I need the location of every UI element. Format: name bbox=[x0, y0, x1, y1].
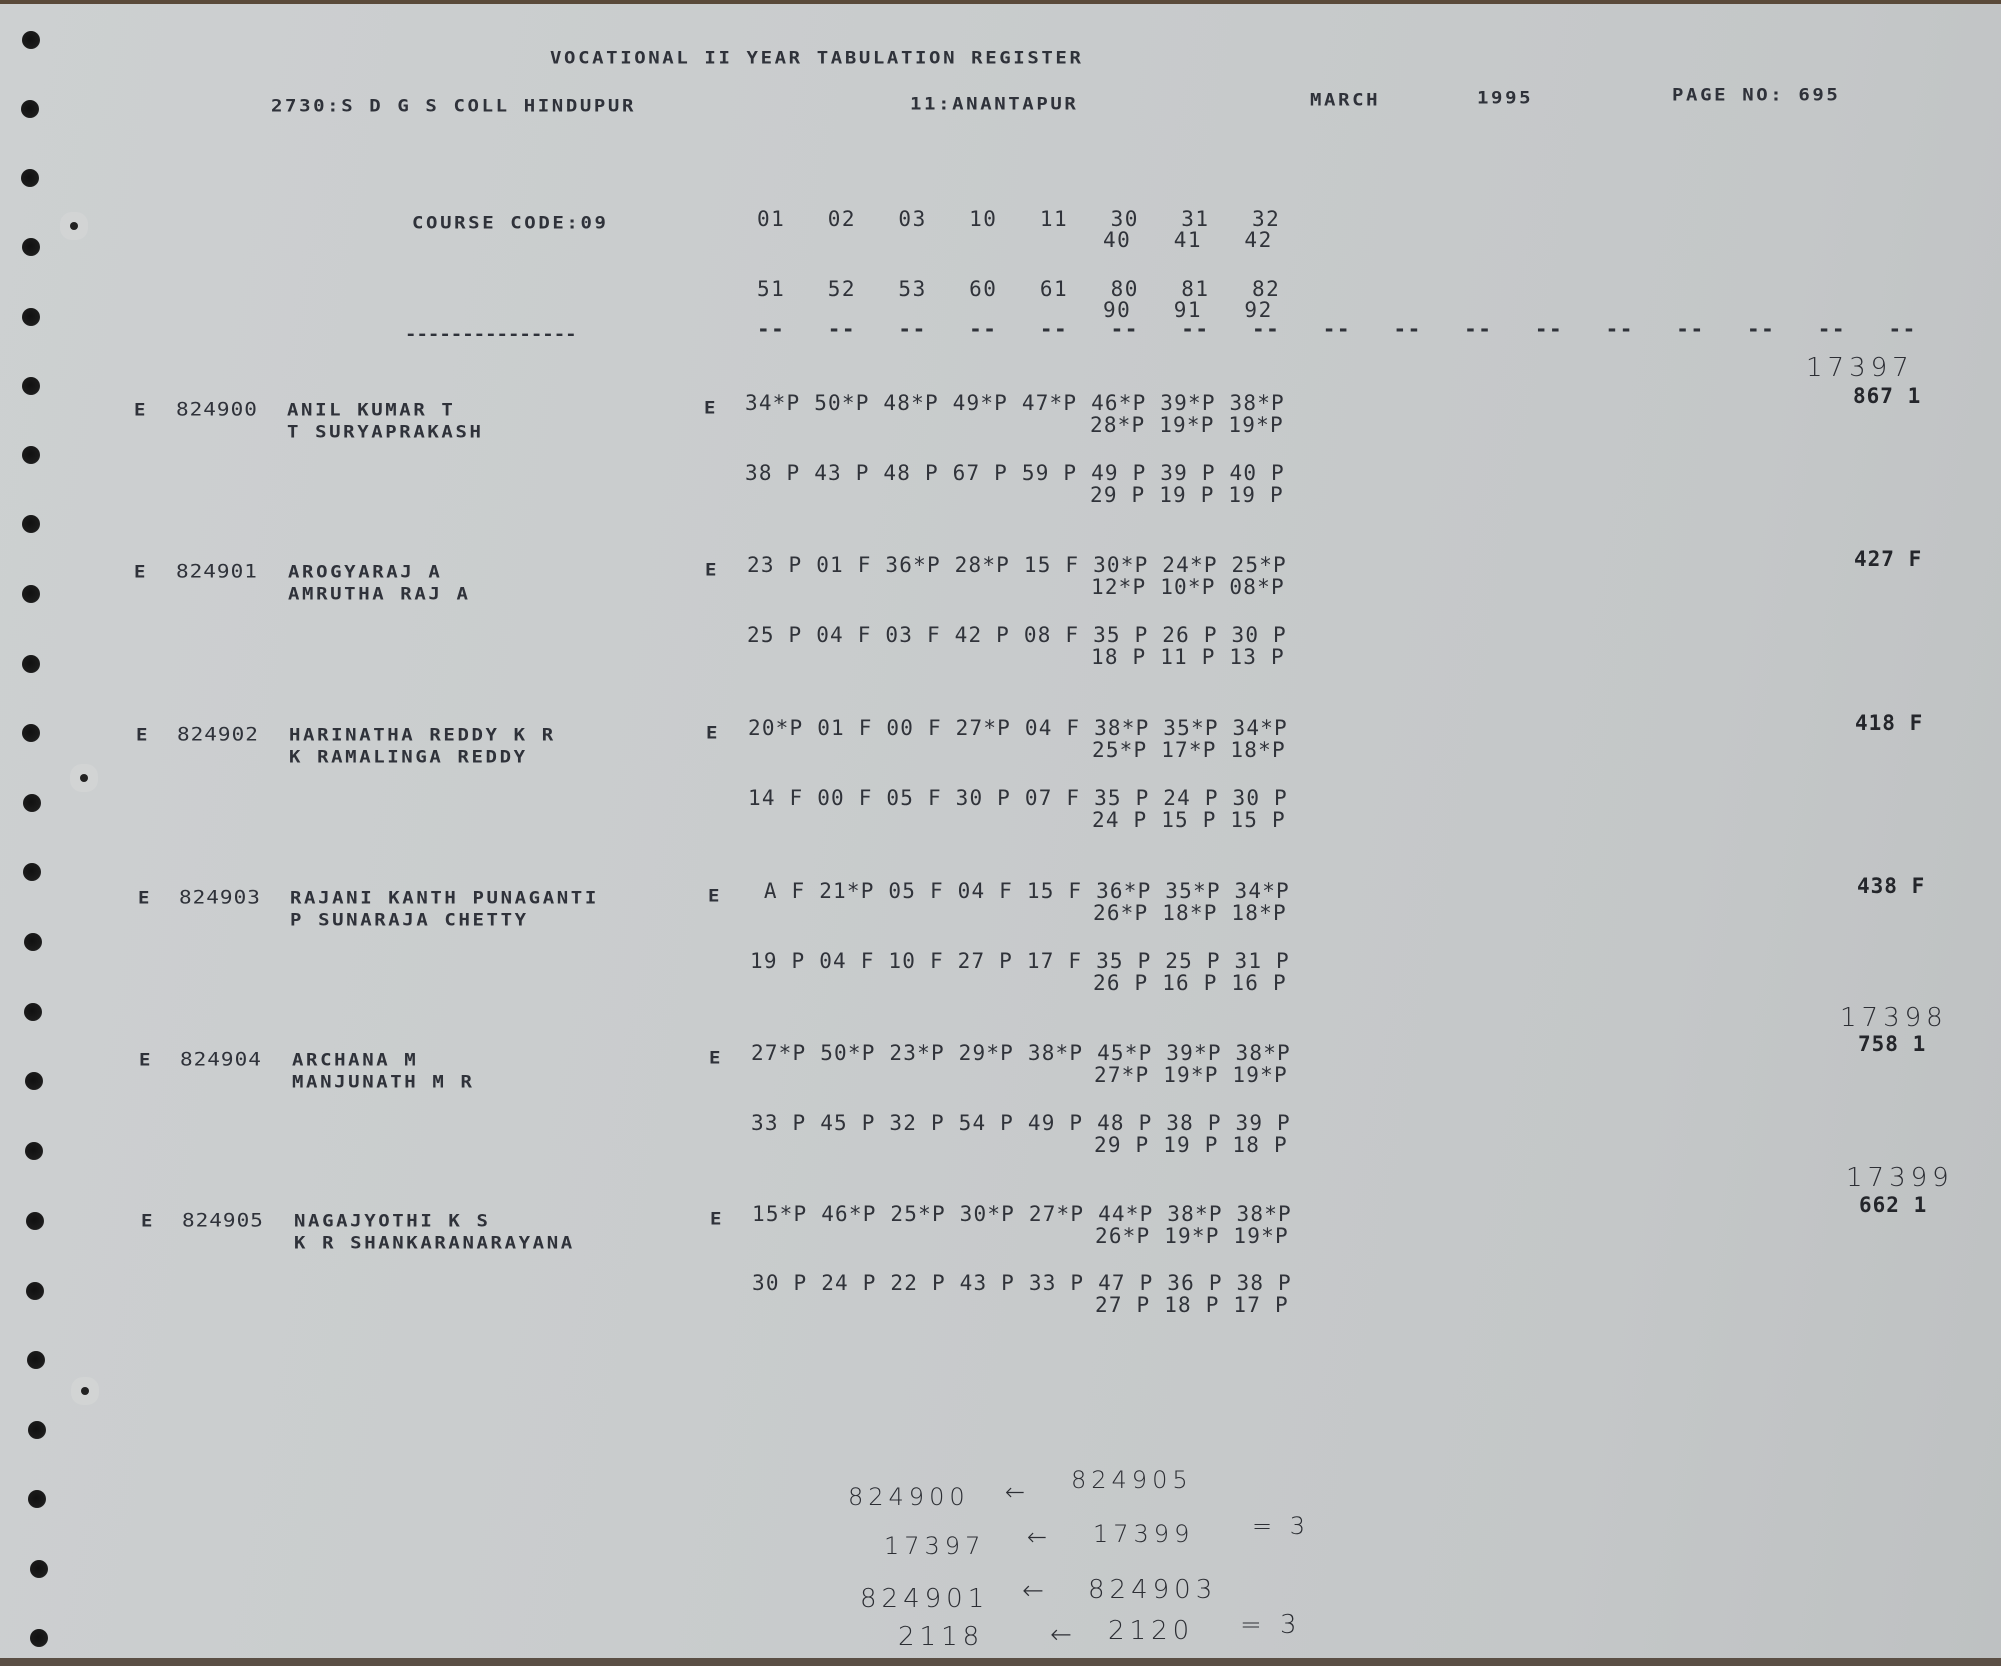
binder-hole-icon bbox=[24, 933, 42, 951]
district-name: 11:ANANTAPUR bbox=[910, 96, 1078, 113]
college-name: 2730:S D G S COLL HINDUPUR bbox=[271, 98, 636, 115]
marks-line-1: 20*P 01 F 00 F 27*P 04 F 38*P 35*P 34*P bbox=[748, 717, 1288, 740]
marks-line-2: 25 P 04 F 03 F 42 P 08 F 35 P 26 P 30 P bbox=[747, 624, 1287, 647]
binder-hole-icon bbox=[23, 794, 41, 812]
note-from: 17397 bbox=[884, 1532, 985, 1560]
binder-hole-icon bbox=[25, 1142, 43, 1160]
exam-year: 1995 bbox=[1477, 90, 1533, 107]
marks-line-2: 33 P 45 P 32 P 54 P 49 P 48 P 38 P 39 P bbox=[751, 1112, 1291, 1135]
exam-month: MARCH bbox=[1310, 92, 1380, 109]
marks-line-1b: 26*P 18*P 18*P bbox=[1093, 902, 1287, 925]
exam-flag: E bbox=[708, 888, 722, 905]
marks-line-1b: 28*P 19*P 19*P bbox=[1090, 414, 1284, 437]
binder-hole-icon bbox=[28, 1421, 46, 1439]
binder-hole-icon bbox=[25, 1072, 43, 1090]
exam-flag: E bbox=[710, 1211, 724, 1228]
page-edge-bottom bbox=[0, 1658, 2001, 1666]
father-name: T SURYAPRAKASH bbox=[287, 424, 484, 441]
total-result: 662 1 bbox=[1859, 1193, 1927, 1217]
binder-hole-icon bbox=[22, 655, 40, 673]
note-to: 824905 bbox=[1071, 1466, 1193, 1494]
register-number: 824905 bbox=[182, 1211, 264, 1230]
note-from: 2118 bbox=[898, 1622, 984, 1652]
binder-hole-icon bbox=[22, 308, 40, 326]
register-page: VOCATIONAL II YEAR TABULATION REGISTER 2… bbox=[0, 0, 2001, 1666]
candidate-type: E bbox=[141, 1213, 155, 1230]
page-edge-top bbox=[0, 0, 2001, 4]
register-number: 824902 bbox=[177, 725, 259, 744]
binder-hole-icon bbox=[23, 863, 41, 881]
page-number: PAGE NO: 695 bbox=[1672, 87, 1840, 104]
marks-line-2b: 26 P 16 P 16 P bbox=[1093, 972, 1287, 995]
marks-line-1: 23 P 01 F 36*P 28*P 15 F 30*P 24*P 25*P bbox=[747, 554, 1287, 577]
marks-line-2b: 24 P 15 P 15 P bbox=[1092, 809, 1286, 832]
register-number: 824903 bbox=[179, 888, 261, 907]
binder-hole-icon bbox=[22, 238, 40, 256]
note-count: = 3 bbox=[1240, 1610, 1302, 1640]
marks-line-2b: 29 P 19 P 19 P bbox=[1090, 484, 1284, 507]
arrow-left-icon: ← bbox=[1022, 1576, 1049, 1606]
marks-line-1: 27*P 50*P 23*P 29*P 38*P 45*P 39*P 38*P bbox=[751, 1042, 1291, 1065]
subject-codes-row1b: 40 41 42 bbox=[1103, 229, 1273, 252]
marks-line-1b: 25*P 17*P 18*P bbox=[1092, 739, 1286, 762]
binder-hole-icon bbox=[22, 31, 40, 49]
sprocket-mark-icon bbox=[81, 1387, 89, 1395]
binder-hole-icon bbox=[28, 1490, 46, 1508]
student-name: RAJANI KANTH PUNAGANTI bbox=[290, 890, 599, 907]
marks-line-1b: 26*P 19*P 19*P bbox=[1095, 1225, 1289, 1248]
total-result: 427 F bbox=[1854, 547, 1922, 571]
arrow-left-icon: ← bbox=[1027, 1523, 1052, 1551]
header-divider-left: --------------- bbox=[405, 326, 577, 343]
binder-hole-icon bbox=[26, 1282, 44, 1300]
student-name: NAGAJYOTHI K S bbox=[294, 1213, 491, 1230]
marks-line-1: 34*P 50*P 48*P 49*P 47*P 46*P 39*P 38*P bbox=[745, 392, 1285, 415]
student-name: ARCHANA M bbox=[292, 1052, 418, 1069]
father-name: K R SHANKARANARAYANA bbox=[294, 1235, 575, 1252]
student-name: ANIL KUMAR T bbox=[287, 402, 455, 419]
marks-line-1: 15*P 46*P 25*P 30*P 27*P 44*P 38*P 38*P bbox=[752, 1203, 1292, 1226]
binder-hole-icon bbox=[26, 1212, 44, 1230]
marks-line-2: 30 P 24 P 22 P 43 P 33 P 47 P 36 P 38 P bbox=[752, 1272, 1292, 1295]
binder-hole-icon bbox=[21, 169, 39, 187]
marks-line-2: 19 P 04 F 10 F 27 P 17 F 35 P 25 P 31 P bbox=[750, 950, 1290, 973]
note-count: = 3 bbox=[1252, 1512, 1310, 1540]
handwritten-serial: 17398 bbox=[1840, 1003, 1948, 1033]
student-name: AROGYARAJ A bbox=[288, 564, 442, 581]
candidate-type: E bbox=[139, 1052, 153, 1069]
note-to: 824903 bbox=[1088, 1575, 1217, 1605]
marks-line-2b: 27 P 18 P 17 P bbox=[1095, 1294, 1289, 1317]
note-to: 17399 bbox=[1093, 1520, 1194, 1548]
total-result: 438 F bbox=[1857, 874, 1925, 898]
marks-line-1b: 27*P 19*P 19*P bbox=[1094, 1064, 1288, 1087]
arrow-left-icon: ← bbox=[1050, 1620, 1077, 1650]
header-divider-row: -- -- -- -- -- -- -- -- -- -- -- -- -- -… bbox=[757, 318, 1917, 341]
binder-hole-icon bbox=[22, 585, 40, 603]
father-name: P SUNARAJA CHETTY bbox=[290, 912, 529, 929]
candidate-type: E bbox=[134, 402, 148, 419]
candidate-type: E bbox=[134, 564, 148, 581]
register-number: 824904 bbox=[180, 1050, 262, 1069]
handwritten-serial: 17397 bbox=[1806, 353, 1914, 383]
total-result: 867 1 bbox=[1853, 384, 1921, 408]
exam-flag: E bbox=[704, 400, 718, 417]
register-number: 824900 bbox=[176, 400, 258, 419]
father-name: MANJUNATH M R bbox=[292, 1074, 475, 1091]
exam-flag: E bbox=[706, 725, 720, 742]
binder-hole-icon bbox=[27, 1351, 45, 1369]
candidate-type: E bbox=[138, 890, 152, 907]
father-name: K RAMALINGA REDDY bbox=[289, 749, 528, 766]
arrow-left-icon: ← bbox=[1005, 1478, 1030, 1506]
marks-line-1: A F 21*P 05 F 04 F 15 F 36*P 35*P 34*P bbox=[750, 880, 1290, 903]
binder-hole-icon bbox=[21, 100, 39, 118]
sprocket-mark-icon bbox=[80, 774, 88, 782]
binder-hole-icon bbox=[22, 724, 40, 742]
student-name: HARINATHA REDDY K R bbox=[289, 727, 556, 744]
binder-hole-icon bbox=[22, 515, 40, 533]
binder-hole-icon bbox=[24, 1003, 42, 1021]
father-name: AMRUTHA RAJ A bbox=[288, 586, 471, 603]
sprocket-mark-icon bbox=[70, 222, 78, 230]
exam-flag: E bbox=[709, 1050, 723, 1067]
register-number: 824901 bbox=[176, 562, 258, 581]
note-from: 824901 bbox=[860, 1584, 989, 1614]
marks-line-1b: 12*P 10*P 08*P bbox=[1091, 576, 1285, 599]
register-title: VOCATIONAL II YEAR TABULATION REGISTER bbox=[550, 50, 1083, 67]
note-from: 824900 bbox=[848, 1483, 970, 1511]
binder-hole-icon bbox=[22, 446, 40, 464]
total-result: 418 F bbox=[1855, 711, 1923, 735]
binder-hole-icon bbox=[30, 1560, 48, 1578]
marks-line-2b: 29 P 19 P 18 P bbox=[1094, 1134, 1288, 1157]
binder-hole-icon bbox=[30, 1629, 48, 1647]
course-code: COURSE CODE:09 bbox=[412, 215, 609, 232]
marks-line-2: 14 F 00 F 05 F 30 P 07 F 35 P 24 P 30 P bbox=[748, 787, 1288, 810]
binder-hole-icon bbox=[22, 377, 40, 395]
candidate-type: E bbox=[136, 727, 150, 744]
marks-line-2b: 18 P 11 P 13 P bbox=[1091, 646, 1285, 669]
total-result: 758 1 bbox=[1858, 1032, 1926, 1056]
marks-line-2: 38 P 43 P 48 P 67 P 59 P 49 P 39 P 40 P bbox=[745, 462, 1285, 485]
handwritten-serial: 17399 bbox=[1846, 1163, 1954, 1193]
note-to: 2120 bbox=[1108, 1616, 1194, 1646]
exam-flag: E bbox=[705, 562, 719, 579]
